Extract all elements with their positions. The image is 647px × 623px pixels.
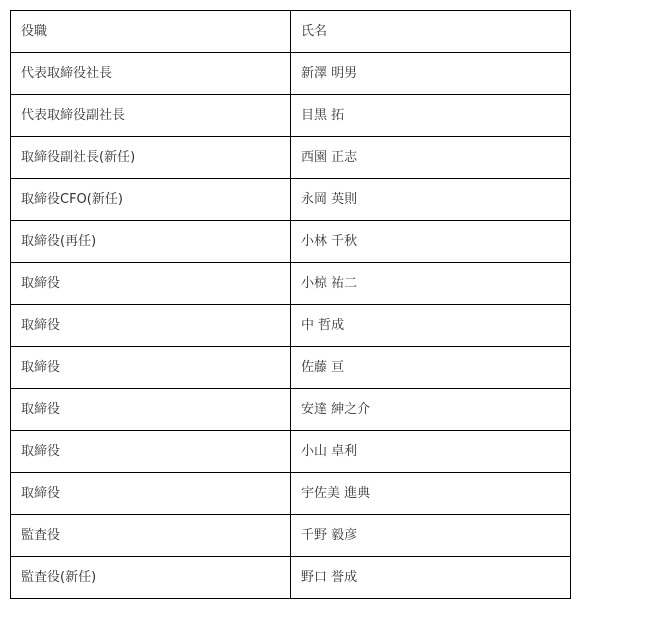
cell-title: 監査役 (11, 515, 291, 557)
cell-name: 野口 誉成 (291, 557, 571, 599)
cell-name: 目黒 拓 (291, 95, 571, 137)
table-header-row: 役職 氏名 (11, 11, 571, 53)
cell-title: 代表取締役社長 (11, 53, 291, 95)
cell-name: 永岡 英則 (291, 179, 571, 221)
header-title: 役職 (11, 11, 291, 53)
table-row: 取締役 小山 卓利 (11, 431, 571, 473)
cell-title: 取締役 (11, 263, 291, 305)
cell-name: 西園 正志 (291, 137, 571, 179)
table-row: 代表取締役社長 新澤 明男 (11, 53, 571, 95)
cell-name: 千野 毅彦 (291, 515, 571, 557)
cell-title: 監査役(新任) (11, 557, 291, 599)
table-row: 取締役 中 哲成 (11, 305, 571, 347)
officers-table-container: 役職 氏名 代表取締役社長 新澤 明男 代表取締役副社長 目黒 拓 取締役副社長… (10, 10, 571, 599)
cell-title: 取締役 (11, 347, 291, 389)
cell-title: 取締役 (11, 473, 291, 515)
officers-table: 役職 氏名 代表取締役社長 新澤 明男 代表取締役副社長 目黒 拓 取締役副社長… (10, 10, 571, 599)
table-row: 取締役 安達 紳之介 (11, 389, 571, 431)
cell-title: 取締役CFO(新任) (11, 179, 291, 221)
table-row: 取締役CFO(新任) 永岡 英則 (11, 179, 571, 221)
table-row: 取締役(再任) 小林 千秋 (11, 221, 571, 263)
header-name: 氏名 (291, 11, 571, 53)
cell-name: 中 哲成 (291, 305, 571, 347)
table-row: 監査役(新任) 野口 誉成 (11, 557, 571, 599)
cell-title: 取締役(再任) (11, 221, 291, 263)
cell-name: 小椋 祐二 (291, 263, 571, 305)
cell-name: 佐藤 亘 (291, 347, 571, 389)
cell-title: 取締役 (11, 305, 291, 347)
cell-title: 取締役副社長(新任) (11, 137, 291, 179)
table-row: 取締役 宇佐美 進典 (11, 473, 571, 515)
table-row: 取締役 小椋 祐二 (11, 263, 571, 305)
cell-name: 新澤 明男 (291, 53, 571, 95)
cell-title: 取締役 (11, 431, 291, 473)
cell-name: 小林 千秋 (291, 221, 571, 263)
cell-name: 安達 紳之介 (291, 389, 571, 431)
cell-title: 取締役 (11, 389, 291, 431)
cell-title: 代表取締役副社長 (11, 95, 291, 137)
table-row: 代表取締役副社長 目黒 拓 (11, 95, 571, 137)
table-row: 取締役副社長(新任) 西園 正志 (11, 137, 571, 179)
table-row: 監査役 千野 毅彦 (11, 515, 571, 557)
table-row: 取締役 佐藤 亘 (11, 347, 571, 389)
cell-name: 宇佐美 進典 (291, 473, 571, 515)
cell-name: 小山 卓利 (291, 431, 571, 473)
